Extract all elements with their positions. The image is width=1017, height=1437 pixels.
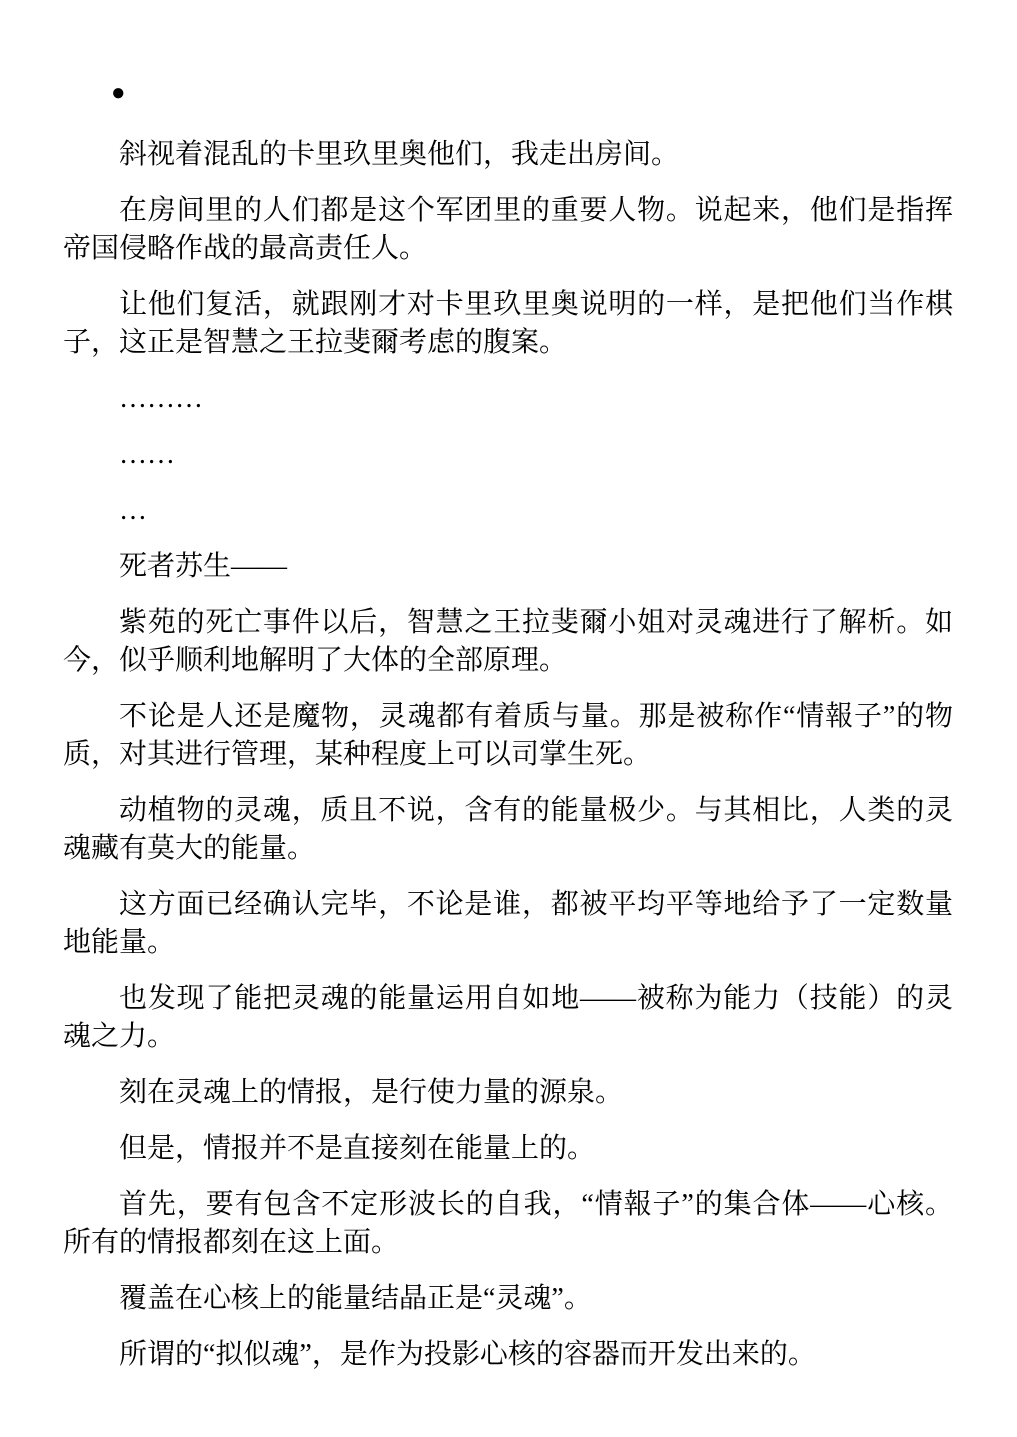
paragraph: 在房间里的人们都是这个军团里的重要人物。说起来，他们是指挥帝国侵略作战的最高责任… (63, 192, 953, 268)
ellipsis-line: …… (63, 436, 953, 474)
paragraph: 不论是人还是魔物，灵魂都有着质与量。那是被称作“情報子”的物质，对其进行管理，某… (63, 698, 953, 774)
ellipsis-line: … (63, 492, 953, 530)
ellipsis-line: ……… (63, 380, 953, 418)
paragraph: 首先，要有包含不定形波长的自我，“情報子”的集合体——心核。所有的情报都刻在这上… (63, 1186, 953, 1262)
paragraph: 但是，情报并不是直接刻在能量上的。 (63, 1130, 953, 1168)
paragraph: 斜视着混乱的卡里玖里奥他们，我走出房间。 (63, 136, 953, 174)
paragraph: 动植物的灵魂，质且不说，含有的能量极少。与其相比，人类的灵魂藏有莫大的能量。 (63, 792, 953, 868)
paragraph: 刻在灵魂上的情报，是行使力量的源泉。 (63, 1074, 953, 1112)
paragraph: 所谓的“拟似魂”，是作为投影心核的容器而开发出来的。 (63, 1336, 953, 1374)
document-page: ● 斜视着混乱的卡里玖里奥他们，我走出房间。 在房间里的人们都是这个军团里的重要… (0, 0, 1017, 1437)
paragraph: 紫苑的死亡事件以后，智慧之王拉斐爾小姐对灵魂进行了解析。如今，似乎顺利地解明了大… (63, 604, 953, 680)
paragraph: 这方面已经确认完毕，不论是谁，都被平均平等地给予了一定数量地能量。 (63, 886, 953, 962)
section-bullet: ● (63, 74, 953, 112)
paragraph: 让他们复活，就跟刚才对卡里玖里奥说明的一样，是把他们当作棋子，这正是智慧之王拉斐… (63, 286, 953, 362)
paragraph: 覆盖在心核上的能量结晶正是“灵魂”。 (63, 1280, 953, 1318)
section-title: 死者苏生—— (63, 548, 953, 586)
paragraph: 也发现了能把灵魂的能量运用自如地——被称为能力（技能）的灵魂之力。 (63, 980, 953, 1056)
